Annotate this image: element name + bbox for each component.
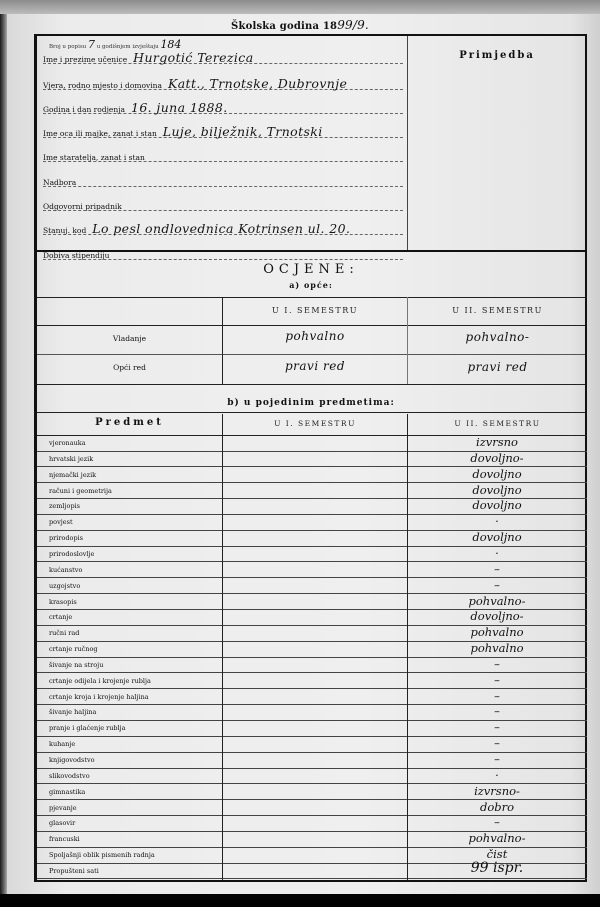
subject-grade-sem2: – (407, 689, 587, 703)
subject-name: njemački jezik (49, 471, 96, 479)
remarks-title: Primjedba (409, 50, 585, 61)
general-order-label: Opći red (37, 363, 222, 372)
subject-grade-sem2: dovoljno (407, 498, 587, 512)
general-grades-subtitle: a) opće: (37, 280, 585, 290)
info-field: Ime staratelja, zanat i stan (43, 148, 403, 163)
subject-grade-sem2: dovoljno (407, 483, 587, 497)
subject-row: zemljopisdovoljno (37, 499, 587, 515)
subject-row: Propušteni sati99 ispr. (37, 864, 587, 880)
subject-grade-sem2: pohvalno (407, 625, 587, 639)
info-field-value: Katt., Trnotske, Dubrovnje (168, 76, 347, 91)
info-field-label: Ime i prezime učenice (43, 55, 127, 64)
column-divider (407, 414, 408, 880)
info-field: Vjera, rodno mjesto i domovinaKatt., Trn… (43, 76, 403, 91)
divider (37, 384, 585, 385)
subject-grade-sem2: · (407, 514, 587, 528)
subject-grade-sem2: pohvalno- (407, 831, 587, 845)
subject-grade-sem2: – (407, 720, 587, 734)
subject-name: šivanje na stroju (49, 661, 103, 669)
divider (37, 297, 585, 298)
info-field-value: Hurgotić Terezica (133, 50, 253, 65)
subject-grade-sem2: – (407, 704, 587, 718)
conduct-sem1: pohvalno (223, 329, 407, 343)
field-underline (43, 186, 403, 187)
student-info-box: Broj u popisu 7 u godišnjem izvještaju 1… (34, 34, 587, 252)
grades-title: OCJENE: (37, 262, 585, 277)
info-field-label: Ime oca ili majke, zanat i stan (43, 129, 157, 138)
info-field: Stanuj. kodLo pesl ondlovednica Kotrinse… (43, 221, 403, 236)
subject-name: francuski (49, 835, 80, 843)
subject-row: krasopispohvalno- (37, 595, 587, 611)
subject-row: francuskipohvalno- (37, 832, 587, 848)
subject-name: šivanje haljina (49, 708, 96, 716)
subject-row: kućanstvo– (37, 563, 587, 579)
info-field: Ime oca ili majke, zanat i stanLuje, bil… (43, 124, 403, 139)
subject-row: njemački jezikdovoljno (37, 468, 587, 484)
subject-grade-sem2: · (407, 546, 587, 560)
subject-name: hrvatski jezik (49, 455, 93, 463)
subject-grade-sem2: · (407, 768, 587, 782)
subject-row: glasovir– (37, 816, 587, 832)
subject-row: šivanje haljina– (37, 705, 587, 721)
info-field-label: Odgovorni pripadnik (43, 202, 122, 211)
subject-row: knjigovodstvo– (37, 753, 587, 769)
info-field-label: Nadbora (43, 178, 76, 187)
subject-grade-sem2: izvrsno (407, 435, 587, 449)
subjects-table-header: Predmet U I. SEMESTRU U II. SEMESTRU (37, 414, 587, 434)
subject-row: gimnastikaizvrsno- (37, 785, 587, 801)
subject-name: crtanje kroja i krojenje haljina (49, 693, 149, 701)
info-field: Odgovorni pripadnik (43, 197, 403, 212)
subjects-sem2-header: U II. SEMESTRU (408, 419, 587, 428)
subject-grade-sem2: pohvalno (407, 641, 587, 655)
subject-name: prirodopis (49, 534, 83, 542)
subject-name: kućanstvo (49, 566, 82, 574)
subject-row: računi i geometrijadovoljno (37, 484, 587, 500)
subject-row: hrvatski jezikdovoljno- (37, 452, 587, 468)
subject-row: šivanje na stroju– (37, 658, 587, 674)
grades-box: OCJENE: a) opće: U I. SEMESTRU U II. SEM… (34, 252, 587, 882)
general-sem2-header: U II. SEMESTRU (408, 306, 587, 315)
subject-grade-sem2: pohvalno- (407, 594, 587, 608)
subject-grade-sem2: – (407, 578, 587, 592)
subject-column-header: Predmet (37, 417, 222, 428)
subject-row: ručni radpohvalno (37, 626, 587, 642)
info-field-value: 16. juna 1888. (131, 100, 228, 115)
subject-name: Spoljašnji oblik pismenih radnja (49, 851, 155, 859)
subject-name: Propušteni sati (49, 867, 99, 875)
subject-name: knjigovodstvo (49, 756, 95, 764)
subject-name: glasovir (49, 819, 75, 827)
info-field: Ime i prezime učeniceHurgotić Terezica (43, 50, 403, 65)
subject-name: ručni rad (49, 629, 79, 637)
subject-grade-sem2: 99 ispr. (407, 860, 587, 876)
subject-row: vjeronaukaizvrsno (37, 436, 587, 452)
subject-grade-sem2: – (407, 752, 587, 766)
subject-name: pjevanje (49, 804, 77, 812)
subject-row: prirodoslovlje· (37, 547, 587, 563)
subject-row: crtanje kroja i krojenje haljina– (37, 690, 587, 706)
subject-grade-sem2: dovoljno (407, 530, 587, 544)
info-field: Nadbora (43, 173, 403, 188)
info-field: Godina i dan rodjenja16. juna 1888. (43, 100, 403, 115)
subject-name: zemljopis (49, 502, 80, 510)
subject-grade-sem2: – (407, 673, 587, 687)
school-year: Školska godina 1899/9. (0, 18, 600, 32)
column-divider (222, 414, 223, 880)
subject-row: povjest· (37, 515, 587, 531)
subject-name: povjest (49, 518, 73, 526)
subjects-subtitle: b) u pojedinim predmetima: (37, 398, 585, 408)
subject-name: krasopis (49, 598, 77, 606)
subject-row: pjevanjedobro (37, 801, 587, 817)
divider (37, 325, 585, 326)
subject-name: vjeronauka (49, 439, 86, 447)
subject-name: pranje i glaćenje rublja (49, 724, 126, 732)
subject-grade-sem2: dovoljno (407, 467, 587, 481)
subject-name: uzgojstvo (49, 582, 80, 590)
info-field-label: Ime staratelja, zanat i stan (43, 153, 145, 162)
subject-row: prirodopisdovoljno (37, 531, 587, 547)
divider (37, 412, 585, 413)
subject-row: crtanje odijela i krojenje rublja– (37, 674, 587, 690)
info-field-label: Stanuj. kod (43, 226, 86, 235)
subject-row: uzgojstvo– (37, 579, 587, 595)
school-year-value: 99/9. (337, 18, 369, 32)
subject-grade-sem2: – (407, 657, 587, 671)
divider (37, 354, 585, 355)
school-year-label: Školska godina 18 (231, 21, 337, 32)
general-sem1-header: U I. SEMESTRU (223, 306, 407, 315)
subject-grade-sem2: dobro (407, 800, 587, 814)
subject-grade-sem2: dovoljno- (407, 609, 587, 623)
subject-name: računi i geometrija (49, 487, 112, 495)
binding-edge (0, 14, 7, 894)
conduct-label: Vladanje (37, 334, 222, 343)
subject-row: slikovodstvo· (37, 769, 587, 785)
subject-grade-sem2: – (407, 562, 587, 576)
subject-row: pranje i glaćenje rublja– (37, 721, 587, 737)
subject-grade-sem2: dovoljno- (407, 451, 587, 465)
subject-name: slikovodstvo (49, 772, 90, 780)
general-order-sem1: pravi red (223, 359, 407, 373)
subject-grade-sem2: – (407, 736, 587, 750)
subject-name: crtanje ručnog (49, 645, 98, 653)
info-field-value: Luje, bilježnik, Trnotski (163, 124, 323, 139)
subject-name: gimnastika (49, 788, 85, 796)
subject-name: crtanje (49, 613, 72, 621)
subject-row: crtanje ručnogpohvalno (37, 642, 587, 658)
subject-name: kuhanje (49, 740, 75, 748)
subject-row: kuhanje– (37, 737, 587, 753)
info-field-value: Lo pesl ondlovednica Kotrinsen ul. 20. (92, 221, 350, 236)
subject-grade-sem2: – (407, 815, 587, 829)
subjects-sem1-header: U I. SEMESTRU (223, 419, 407, 428)
subject-name: prirodoslovlje (49, 550, 94, 558)
conduct-sem2: pohvalno- (408, 330, 587, 344)
subject-grade-sem2: izvrsno- (407, 784, 587, 798)
info-field-label: Dobiva stipendiju (43, 251, 110, 260)
general-order-sem2: pravi red (408, 360, 587, 374)
subject-name: crtanje odijela i krojenje rublja (49, 677, 151, 685)
info-field-label: Godina i dan rodjenja (43, 105, 125, 114)
info-field-label: Vjera, rodno mjesto i domovina (43, 81, 162, 90)
info-remarks-divider (407, 36, 408, 250)
subject-row: crtanjedovoljno- (37, 610, 587, 626)
